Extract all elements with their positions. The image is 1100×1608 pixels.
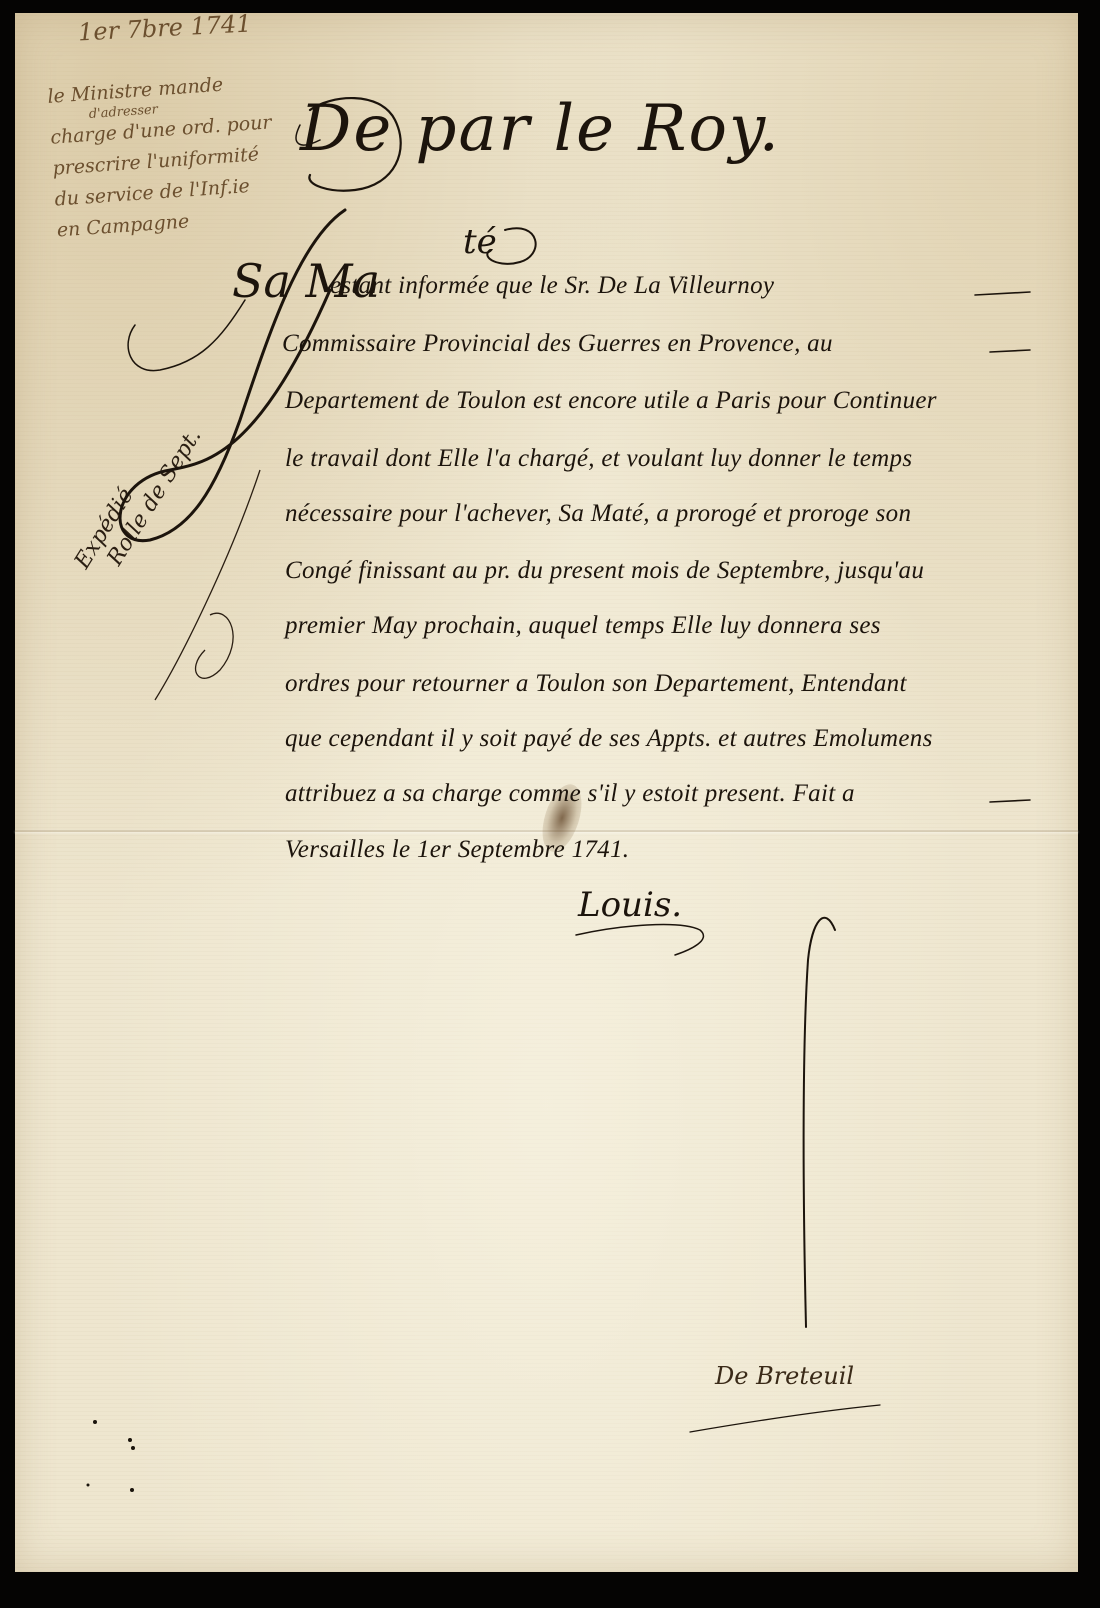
signature-louis: Louis. xyxy=(578,885,682,925)
body-line-date: Versailles le 1er Septembre 1741. xyxy=(285,836,629,864)
body-line: nécessaire pour l'achever, Sa Maté, a pr… xyxy=(285,500,911,528)
body-line: Commissaire Provincial des Guerres en Pr… xyxy=(282,330,833,358)
body-line: que cependant il y soit payé de ses Appt… xyxy=(285,725,933,753)
body-line: ordres pour retourner a Toulon son Depar… xyxy=(285,670,907,698)
marginal-note: le Ministre mande d'adresser charge d'un… xyxy=(47,66,280,246)
body-line: estant informée que le Sr. De La Villeur… xyxy=(330,272,774,300)
signature-minister: De Breteuil xyxy=(715,1362,854,1390)
superscript-te: té xyxy=(463,222,497,262)
body-line: Departement de Toulon est encore utile a… xyxy=(285,387,937,415)
body-line: premier May prochain, auquel temps Elle … xyxy=(285,612,881,640)
body-line: attribuez a sa charge comme s'il y estoi… xyxy=(285,780,855,808)
body-line: Congé finissant au pr. du present mois d… xyxy=(285,557,924,585)
document-heading: De par le Roy. xyxy=(300,92,781,166)
body-line: le travail dont Elle l'a chargé, et voul… xyxy=(285,445,912,473)
